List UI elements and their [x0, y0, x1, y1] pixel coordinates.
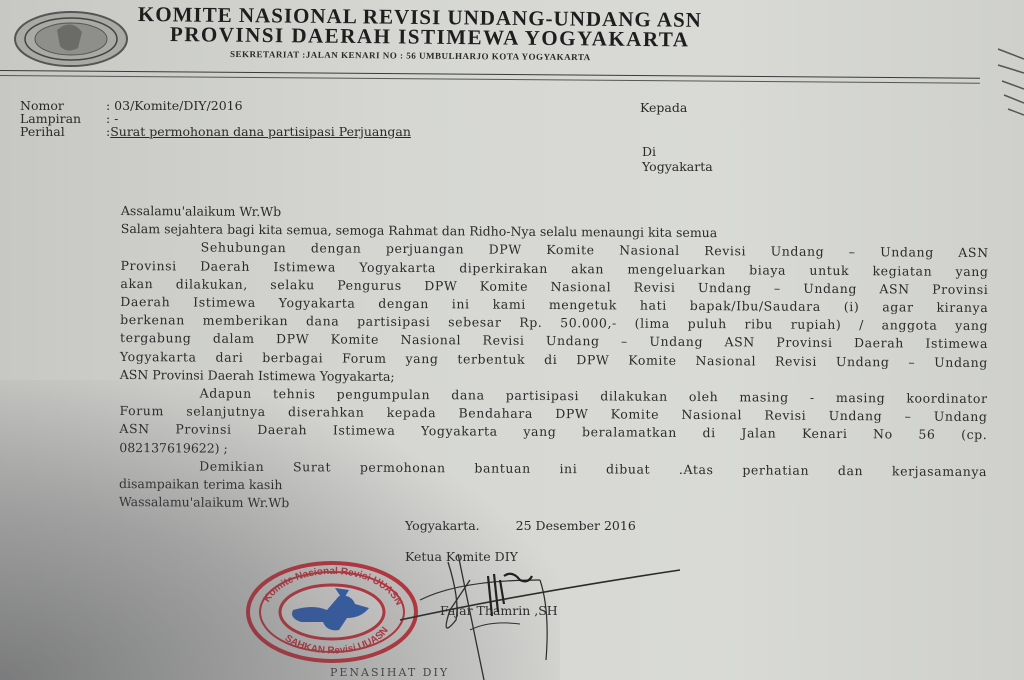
letter-page: KOMITE NASIONAL REVISI UNDANG-UNDANG ASN…	[0, 0, 1024, 680]
letterhead-divider	[0, 70, 980, 84]
footer-partial-text: PENASIHAT DIY	[330, 666, 449, 679]
official-stamp-icon: Komite Nasional Revisi UUASN SAHKAN Revi…	[243, 560, 421, 664]
signature-place: Yogyakarta.	[405, 518, 480, 533]
signature-date-value: 25 Desember 2016	[516, 518, 636, 533]
paragraph-3: Demikian Surat permohonan bantuan ini di…	[119, 457, 999, 500]
recipient-di: Di	[642, 144, 713, 159]
letter-body: Assalamu'alaikum Wr.Wb Salam sejahtera b…	[119, 202, 1001, 518]
signature-date: Yogyakarta.25 Desember 2016	[405, 518, 636, 533]
signer-name: Fajar Thamrin ,SH	[440, 603, 558, 618]
perihal-label: Perihal	[20, 125, 106, 138]
recipient-kepada: Kepada	[640, 100, 687, 115]
nomor-value: : 03/Komite/DIY/2016	[106, 99, 243, 112]
paper-edge-marks	[994, 45, 1024, 145]
perihal-value: Surat permohonan dana partisipasi Perjua…	[110, 125, 411, 138]
paragraph-2: Adapun tehnis pengumpulan dana partisipa…	[119, 384, 999, 463]
recipient-city: Yogyakarta	[642, 159, 713, 174]
meta-perihal: Perihal : Surat permohonan dana partisip…	[20, 125, 411, 138]
recipient-address: Di Yogyakarta	[642, 144, 713, 174]
organization-seal-icon	[12, 10, 130, 68]
letter-meta: Nomor : 03/Komite/DIY/2016 Lampiran : - …	[20, 99, 411, 138]
paragraph-1: Sehubungan dengan perjuangan DPW Komite …	[120, 238, 1001, 390]
letterhead-subtitle: PROVINSI DAERAH ISTIMEWA YOGYAKARTA	[170, 22, 690, 52]
letterhead-address: SEKRETARIAT :JALAN KENARI NO : 56 UMBULH…	[230, 49, 591, 62]
signer-position: Ketua Komite DIY	[405, 549, 518, 564]
